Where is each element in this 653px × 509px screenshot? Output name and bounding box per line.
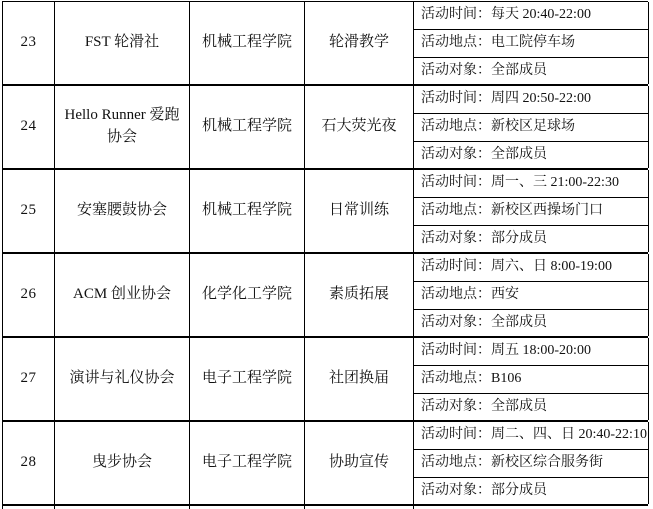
detail-activity-time: 活动时间：周二、四、日 20:40-22:10 <box>414 422 648 450</box>
cell-college: 机械工程学院 <box>190 2 305 84</box>
detail-activity-time: 活动时间：周四 20:50-22:00 <box>414 86 648 114</box>
cell-activity-details: 活动时间：周五 18:00-20:00 活动地点：B106 活动对象：全部成员 <box>414 338 649 420</box>
detail-activity-place: 活动地点：电工院停车场 <box>414 30 648 58</box>
table-row: 23 FST 轮滑社 机械工程学院 轮滑教学 活动时间：每天 20:40-22:… <box>3 2 648 86</box>
cell-club-name: Hello Runner 爱跑协会 <box>55 86 190 168</box>
cell-activity: 日常训练 <box>305 170 414 252</box>
cell-club-name: FST 轮滑社 <box>55 2 190 84</box>
cell-activity-details: 活动时间：周六、日 8:00-19:00 活动地点：西安 活动对象：全部成员 <box>414 254 649 336</box>
cell-club-name: 曳步协会 <box>55 422 190 504</box>
cell-row-number: 26 <box>3 254 55 336</box>
detail-activity-time: 活动时间：每天 20:40-22:00 <box>414 2 648 30</box>
detail-activity-time: 活动时间：周一、三 21:00-22:30 <box>414 170 648 198</box>
cell-activity-details: 活动时间：每天 20:40-22:00 活动地点：电工院停车场 活动对象：全部成… <box>414 2 649 84</box>
detail-activity-time: 活动时间：周六、日 8:00-19:00 <box>414 254 648 282</box>
table-row: 27 演讲与礼仪协会 电子工程学院 社团换届 活动时间：周五 18:00-20:… <box>3 338 648 422</box>
cell-club-name: 安塞腰鼓协会 <box>55 170 190 252</box>
table-row: 28 曳步协会 电子工程学院 协助宣传 活动时间：周二、四、日 20:40-22… <box>3 422 648 506</box>
clubs-activity-table: 23 FST 轮滑社 机械工程学院 轮滑教学 活动时间：每天 20:40-22:… <box>2 1 648 509</box>
detail-activity-place: 活动地点：新校区足球场 <box>414 114 648 142</box>
detail-activity-time: 活动时间：周五 18:00-20:00 <box>414 338 648 366</box>
detail-activity-target: 活动对象：全部成员 <box>414 310 648 336</box>
cell-activity-details: 活动时间：周四 20:50-22:00 活动地点：新校区足球场 活动对象：全部成… <box>414 86 649 168</box>
cell-college: 机械工程学院 <box>190 86 305 168</box>
cell-college: 电子工程学院 <box>190 338 305 420</box>
cell-activity-details: 活动时间：周二、四、日 20:40-22:10 活动地点：新校区综合服务街 活动… <box>414 422 649 504</box>
cell-row-number: 28 <box>3 422 55 504</box>
detail-activity-target: 活动对象：部分成员 <box>414 226 648 252</box>
cell-row-number: 27 <box>3 338 55 420</box>
cell-club-name: 演讲与礼仪协会 <box>55 338 190 420</box>
cell-row-number: 23 <box>3 2 55 84</box>
detail-activity-place: 活动地点：新校区综合服务街 <box>414 450 648 478</box>
cell-activity: 社团换届 <box>305 338 414 420</box>
detail-activity-place: 活动地点：B106 <box>414 366 648 394</box>
table-row: 24 Hello Runner 爱跑协会 机械工程学院 石大荧光夜 活动时间：周… <box>3 86 648 170</box>
cell-activity: 石大荧光夜 <box>305 86 414 168</box>
detail-activity-place: 活动地点：西安 <box>414 282 648 310</box>
table-row: 25 安塞腰鼓协会 机械工程学院 日常训练 活动时间：周一、三 21:00-22… <box>3 170 648 254</box>
document-page: 23 FST 轮滑社 机械工程学院 轮滑教学 活动时间：每天 20:40-22:… <box>0 0 653 509</box>
cell-activity-details: 活动时间：周一、三 21:00-22:30 活动地点：新校区西操场门口 活动对象… <box>414 170 649 252</box>
detail-activity-target: 活动对象：全部成员 <box>414 142 648 168</box>
cell-activity: 素质拓展 <box>305 254 414 336</box>
detail-activity-target: 活动对象：全部成员 <box>414 58 648 84</box>
cell-club-name: ACM 创业协会 <box>55 254 190 336</box>
cell-college: 电子工程学院 <box>190 422 305 504</box>
cell-activity: 协助宣传 <box>305 422 414 504</box>
table-row: 26 ACM 创业协会 化学化工学院 素质拓展 活动时间：周六、日 8:00-1… <box>3 254 648 338</box>
detail-activity-place: 活动地点：新校区西操场门口 <box>414 198 648 226</box>
cell-row-number: 24 <box>3 86 55 168</box>
detail-activity-target: 活动对象：部分成员 <box>414 478 648 504</box>
cell-activity: 轮滑教学 <box>305 2 414 84</box>
cell-row-number: 25 <box>3 170 55 252</box>
detail-activity-target: 活动对象：全部成员 <box>414 394 648 420</box>
cell-college: 机械工程学院 <box>190 170 305 252</box>
cell-college: 化学化工学院 <box>190 254 305 336</box>
